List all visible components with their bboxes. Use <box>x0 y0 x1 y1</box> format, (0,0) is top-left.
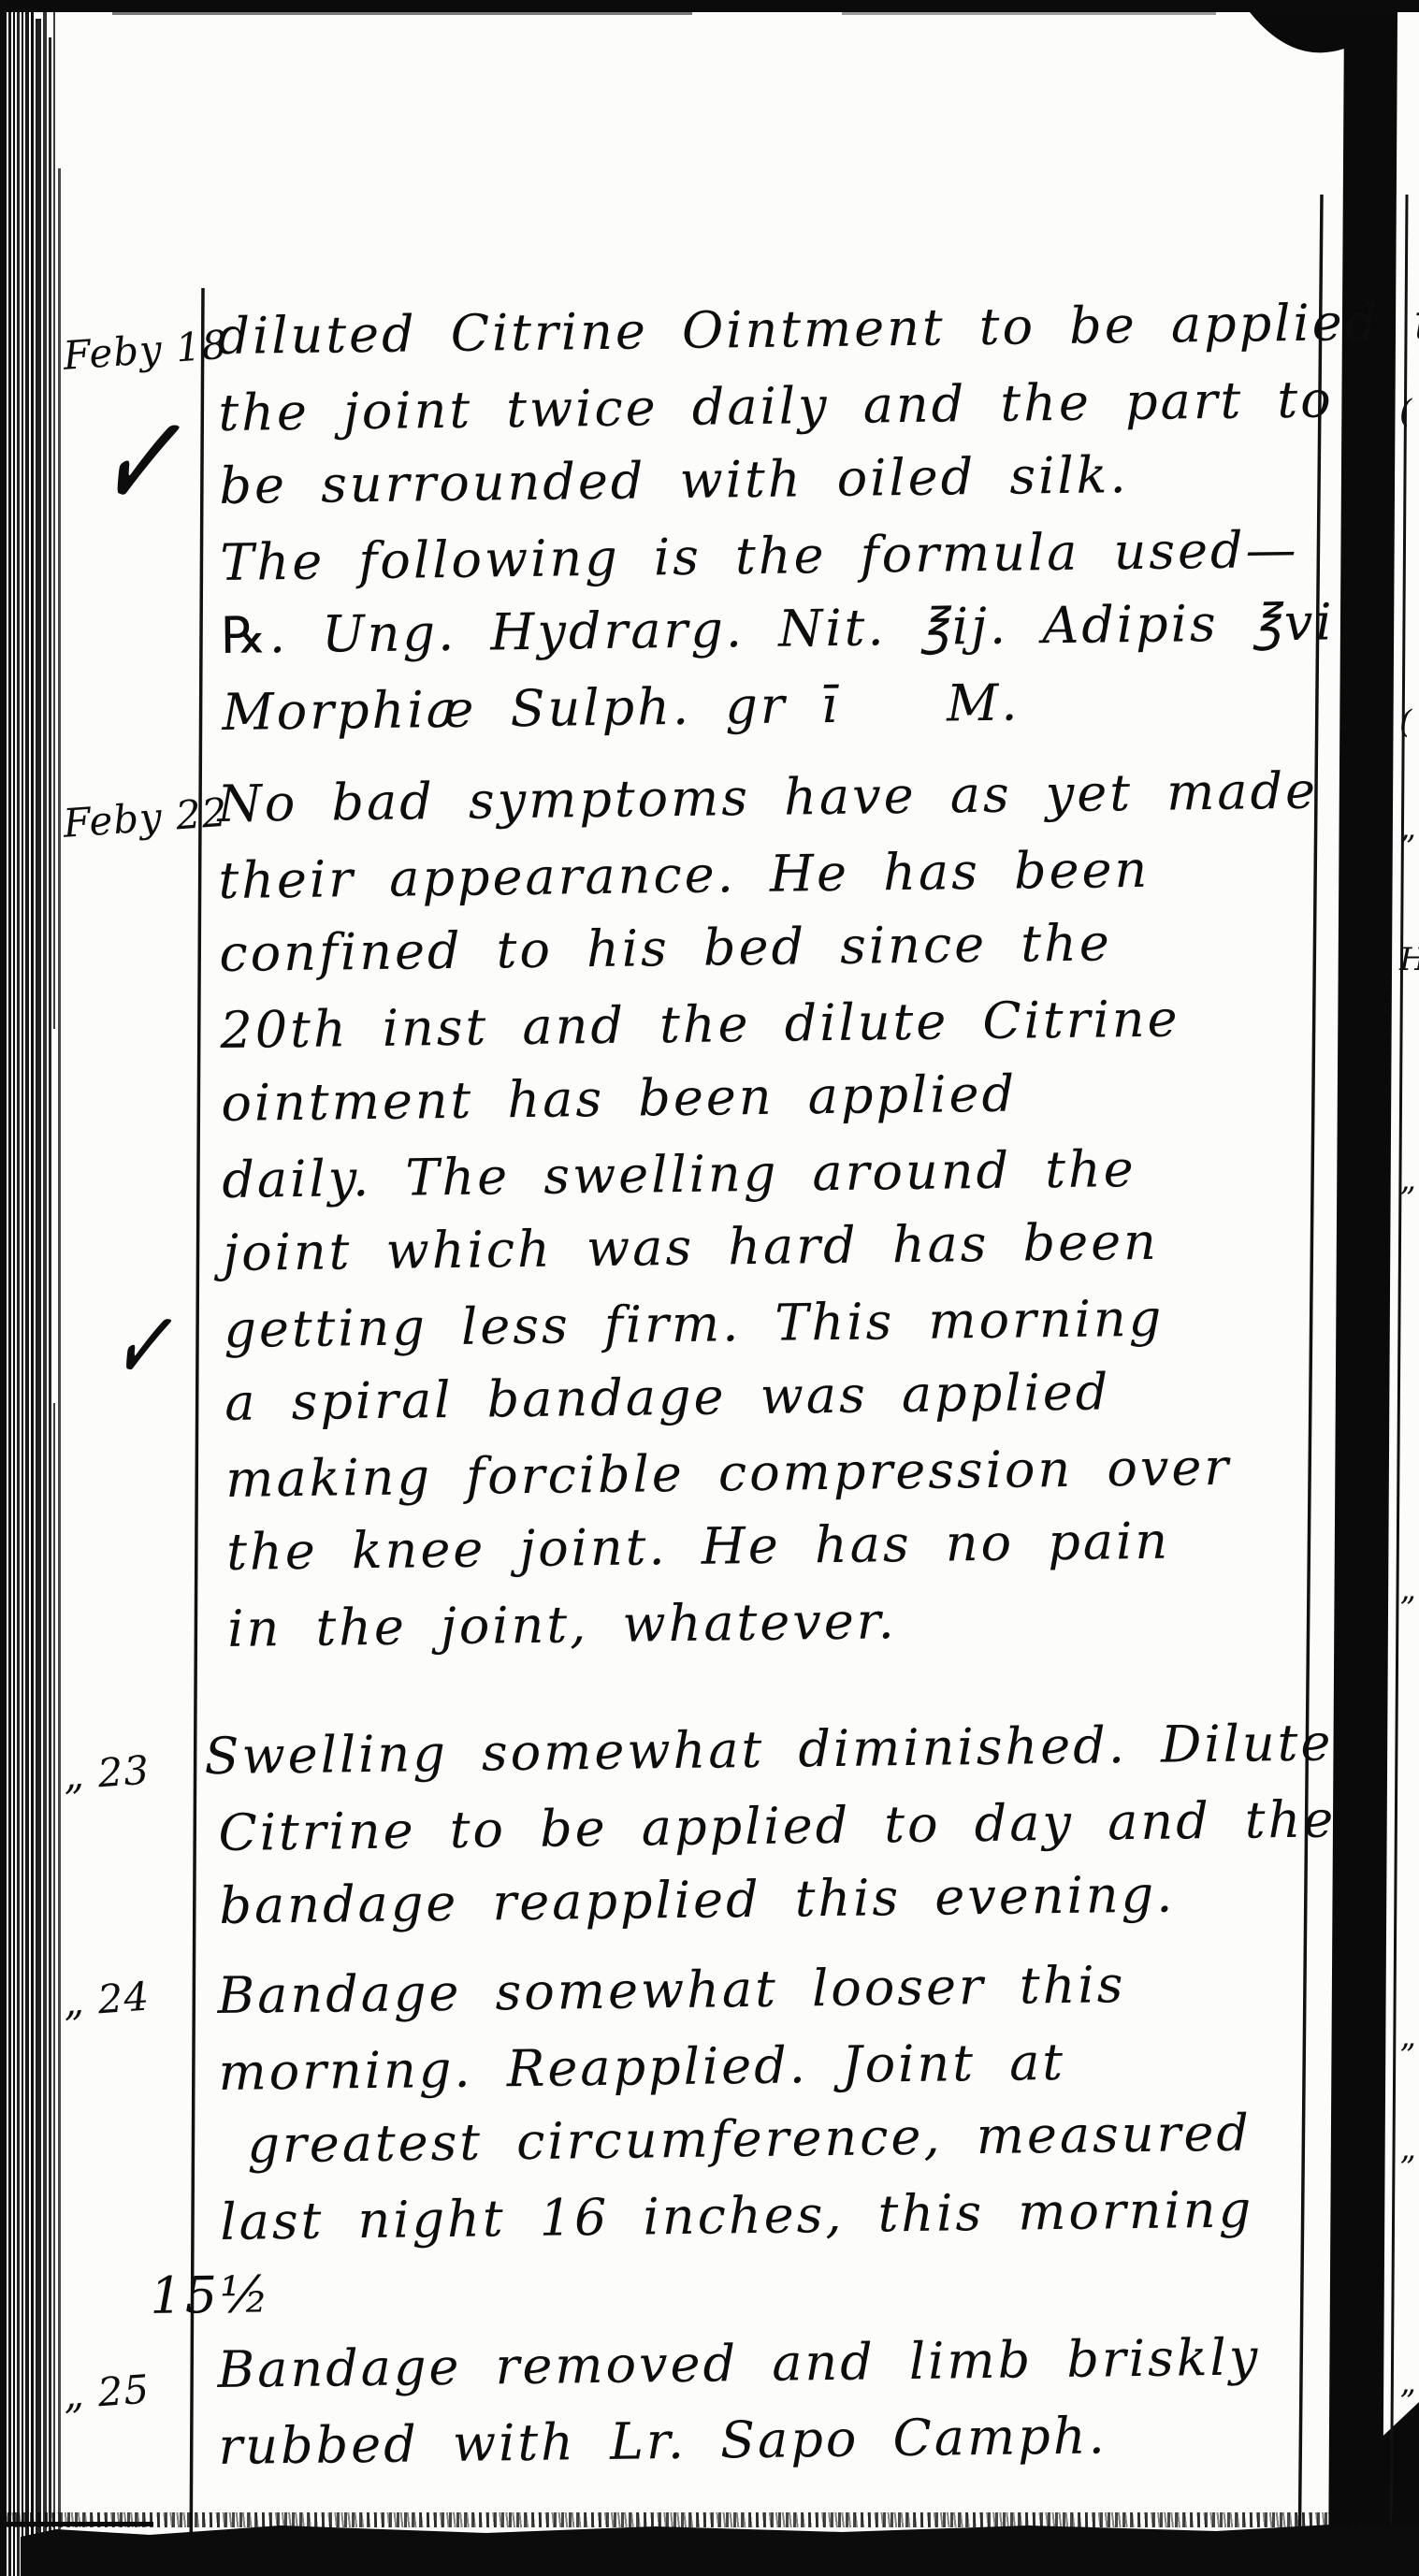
entry-line: ointment has been applied <box>221 1051 1419 1141</box>
adjacent-page-text-fragment: ” <box>1399 2037 1415 2075</box>
adjacent-page-text-fragment: ” <box>1399 2383 1415 2421</box>
entry-line: the knee joint. He has no pain <box>226 1500 1419 1590</box>
journal-entry: diluted Citrine Ointment to be applied t… <box>217 284 1419 748</box>
entry-line: No bad symptoms have as yet made <box>217 752 1419 842</box>
scan-noise <box>0 2512 1419 2527</box>
entry-line: diluted Citrine Ointment to be applied t… <box>217 284 1419 374</box>
journal-entry: Swelling somewhat diminished. DiluteCitr… <box>217 1704 1419 1944</box>
pen-checkmark-icon: ✓ <box>106 1285 189 1408</box>
entry-line: rubbed with Lr. Sapo Camph. <box>218 2395 1419 2484</box>
entry-date: „ 25 <box>62 2364 214 2417</box>
entry-line: a spiral bandage was applied <box>224 1351 1419 1440</box>
journal-entry: No bad symptoms have as yet madetheir ap… <box>217 752 1419 1665</box>
entry-line: greatest circumference, measured <box>247 2093 1419 2183</box>
journal-page: Feby 18diluted Citrine Ointment to be ap… <box>0 0 1419 2576</box>
entry-date: „ 24 <box>62 1971 214 2024</box>
journal-entry: Bandage removed and limb brisklyrubbed w… <box>217 2318 1419 2482</box>
entry-date: „ 23 <box>62 1744 214 1798</box>
entry-line: Morphiæ Sulph. gr ī M. <box>222 660 1419 750</box>
adjacent-page-text-fragment: ( <box>1399 393 1412 430</box>
entry-line: be surrounded with oiled silk. <box>219 434 1419 524</box>
entry-date: Feby 22 <box>62 792 214 846</box>
adjacent-page-text-fragment: ” <box>1399 2149 1415 2187</box>
adjacent-page-text-fragment: Ha <box>1399 941 1419 978</box>
entry-line: ℞. Ung. Hydrarg. Nit. ℥ij. Adipis ℥vi <box>221 584 1419 673</box>
entry-line: joint which was hard has been <box>223 1201 1419 1291</box>
adjacent-page-text-fragment: ( <box>1399 703 1412 741</box>
entry-line: Bandage removed and limb briskly <box>217 2318 1419 2408</box>
adjacent-page-text-fragment: ” <box>1399 829 1415 866</box>
entry-line: in the joint, whatever. <box>227 1577 1419 1667</box>
entry-line: Bandage somewhat looser this <box>217 1944 1419 2033</box>
entry-line: bandage reapplied this evening. <box>219 1854 1419 1944</box>
adjacent-page-text-fragment: ” <box>1399 1590 1415 1628</box>
adjacent-page-text-fragment: ” <box>1399 1180 1415 1218</box>
journal-entry: Bandage somewhat looser thismorning. Rea… <box>217 1944 1419 2333</box>
pen-checkmark-icon: ✓ <box>89 378 203 545</box>
entry-line: confined to his bed since the <box>219 902 1419 991</box>
entry-line: Swelling somewhat diminished. Dilute <box>204 1704 1407 1794</box>
manuscript-text: Feby 18diluted Citrine Ointment to be ap… <box>0 0 1419 2576</box>
